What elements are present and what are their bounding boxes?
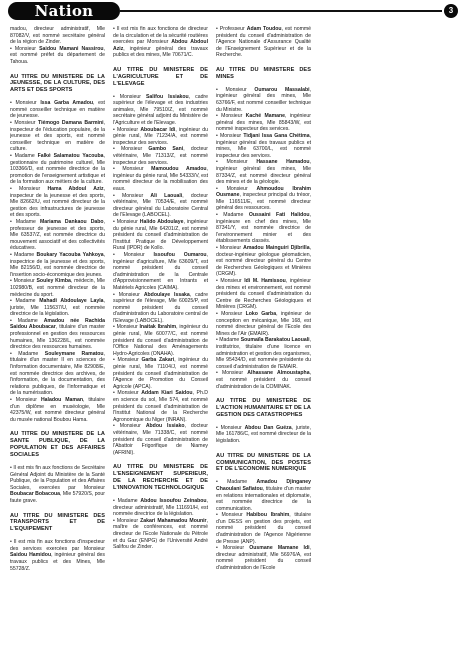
- section-heading: AU TITRE DU MINISTERE DE L'ACTION HUMANI…: [216, 398, 311, 419]
- section-heading: AU TITRE DU MINISTERE DE LA JEUNESSE, DE…: [10, 74, 105, 95]
- paragraph: • Professeur Adam Toudou, est nommé prés…: [216, 26, 311, 59]
- paragraph: • Madame Mahadi Abdoulaye Layla, juriste…: [10, 298, 105, 318]
- paragraph: • Il est mis fin aux fonctions de Secrét…: [10, 465, 105, 505]
- article-columns: madou, directeur administratif, Mle 8708…: [10, 26, 458, 630]
- paragraph: • Madame Mariama Dankaou Dabo, professeu…: [10, 219, 105, 252]
- paragraph: • Monsieur Zakari Mahamadou Mounir, maît…: [113, 518, 208, 551]
- paragraph: • Monsieur Gambo Sani, docteur vétérinai…: [113, 146, 208, 166]
- paragraph: • Il est mis fin aux fonctions de direct…: [113, 26, 208, 59]
- paragraph: • Monsieur Ahmoudou Ibrahim Ousmane, ins…: [216, 186, 311, 212]
- paragraph: • Madame Amadou Djinganey Chaoulani Safi…: [216, 479, 311, 512]
- paragraph: • Monsieur Oumarou Massalabi, ingénieur …: [216, 87, 311, 113]
- paragraph: • Monsieur Tidjani Issa Gana Chétima, in…: [216, 133, 311, 159]
- paragraph: • Monsieur Tiémogo Damana Barmini, inspe…: [10, 120, 105, 153]
- section-heading: AU TITRE DU MINISTERE DE LA SANTE PUBLIQ…: [10, 431, 105, 459]
- paragraph: • Madame Falké Salamatou Yacouba, gestio…: [10, 153, 105, 186]
- paragraph: • Monsieur Alhassane Almoustapha, est no…: [216, 370, 311, 390]
- paragraph: • Monsieur Aboubacar Idi, ingénieur du g…: [113, 127, 208, 147]
- section-heading: AU TITRE DU MINISTERE DE LA COMMUNICATIO…: [216, 453, 311, 474]
- column-1: madou, directeur administratif, Mle 8708…: [10, 26, 105, 630]
- paragraph: • Monsieur Habibou Ibrahim, titulaire d'…: [216, 512, 311, 545]
- paragraph: • Monsieur Abdou Issiako, docteur vétéri…: [113, 423, 208, 456]
- paragraph: • Monsieur Issa Garba Amadou, est nommé …: [10, 100, 105, 120]
- paragraph: • Monsieur Halido Abdoulaye, ingénieur d…: [113, 219, 208, 252]
- paragraph: • Monsieur Souley Kimba, médecin, Mle 10…: [10, 278, 105, 298]
- page-number: 3: [444, 4, 458, 18]
- paragraph: • Madame Abdou Issoufou Zeinabou, direct…: [113, 498, 208, 518]
- paragraph: • Monsieur Ousmane Mamane Idi, directeur…: [216, 545, 311, 571]
- section-title: Nation: [8, 2, 120, 20]
- section-heading: AU TITRE DU MINISTERE DE L'AGRICULTURE E…: [113, 67, 208, 88]
- paragraph: • Monsieur Addam Kiari Saidou, Ph.D en s…: [113, 390, 208, 423]
- paragraph: • Monsieur Loko Garba, ingénieur de conc…: [216, 311, 311, 337]
- header-rule: [120, 10, 442, 12]
- column-3: • Professeur Adam Toudou, est nommé prés…: [216, 26, 311, 630]
- column-2: • Il est mis fin aux fonctions de direct…: [113, 26, 208, 630]
- page-header: Nation 3: [0, 2, 462, 22]
- paragraph: • Monsieur Inaitak Ibrahim, ingénieur du…: [113, 324, 208, 357]
- paragraph: • Monsieur Garba Zakari, ingénieur du gé…: [113, 357, 208, 390]
- paragraph: • Monsieur Abdoulaye Issaka, cadre supér…: [113, 292, 208, 325]
- section-heading: AU TITRE DU MINISTERE DE L'ENSEIGNEMENT …: [113, 464, 208, 492]
- paragraph: • Monsieur Kaché Mamane, ingénieur génér…: [216, 113, 311, 133]
- paragraph: madou, directeur administratif, Mle 8708…: [10, 26, 105, 46]
- paragraph: • Monsieur Hama Abdoul Aziz, inspecteur …: [10, 186, 105, 219]
- section-heading: AU TITRE DU MINISTERE DES TRANSPORTS ET …: [10, 513, 105, 534]
- paragraph: • Monsieur Ali Laouali, docteur vétérina…: [113, 193, 208, 219]
- paragraph: • Madame Boukary Yacouba Yahkoya, inspec…: [10, 252, 105, 278]
- paragraph: • Il est mis fin aux fonctions d'inspect…: [10, 539, 105, 572]
- paragraph: • Madame Oussaini Fati Halidou, ingénieu…: [216, 212, 311, 245]
- paragraph: • Monsieur Saidou Mamani Nassirou, est n…: [10, 46, 105, 66]
- paragraph: • Monsieur Haladou Maman, titulaire d'un…: [10, 397, 105, 423]
- paragraph: • Monsieur Issoufou Oumarou, ingénieur d…: [113, 252, 208, 292]
- paragraph: • Monsieur Hassane Hamadou, ingénieur gé…: [216, 159, 311, 185]
- paragraph: • Madame Soumaïla Barakatou Laouali, ins…: [216, 337, 311, 370]
- paragraph: • Monsieur Mamoudou Amadou, ingénieur du…: [113, 166, 208, 192]
- paragraph: • Monsieur Abdou Dan Guéza, juriste, Mle…: [216, 425, 311, 445]
- paragraph: • Monsieur Salifou Issiakou, cadre supér…: [113, 94, 208, 127]
- paragraph: • Madame Souleymane Ramatou, titulaire d…: [10, 351, 105, 397]
- paragraph: • Madame Amadou née Rachida Saidou Aboub…: [10, 318, 105, 351]
- paragraph: • Monsieur Idi M. Hamissou, ingénieur de…: [216, 278, 311, 311]
- paragraph: • Monsieur Amadou Mainguiri Djibrilla, d…: [216, 245, 311, 278]
- section-heading: AU TITRE DU MINISTERE DES MINES: [216, 67, 311, 81]
